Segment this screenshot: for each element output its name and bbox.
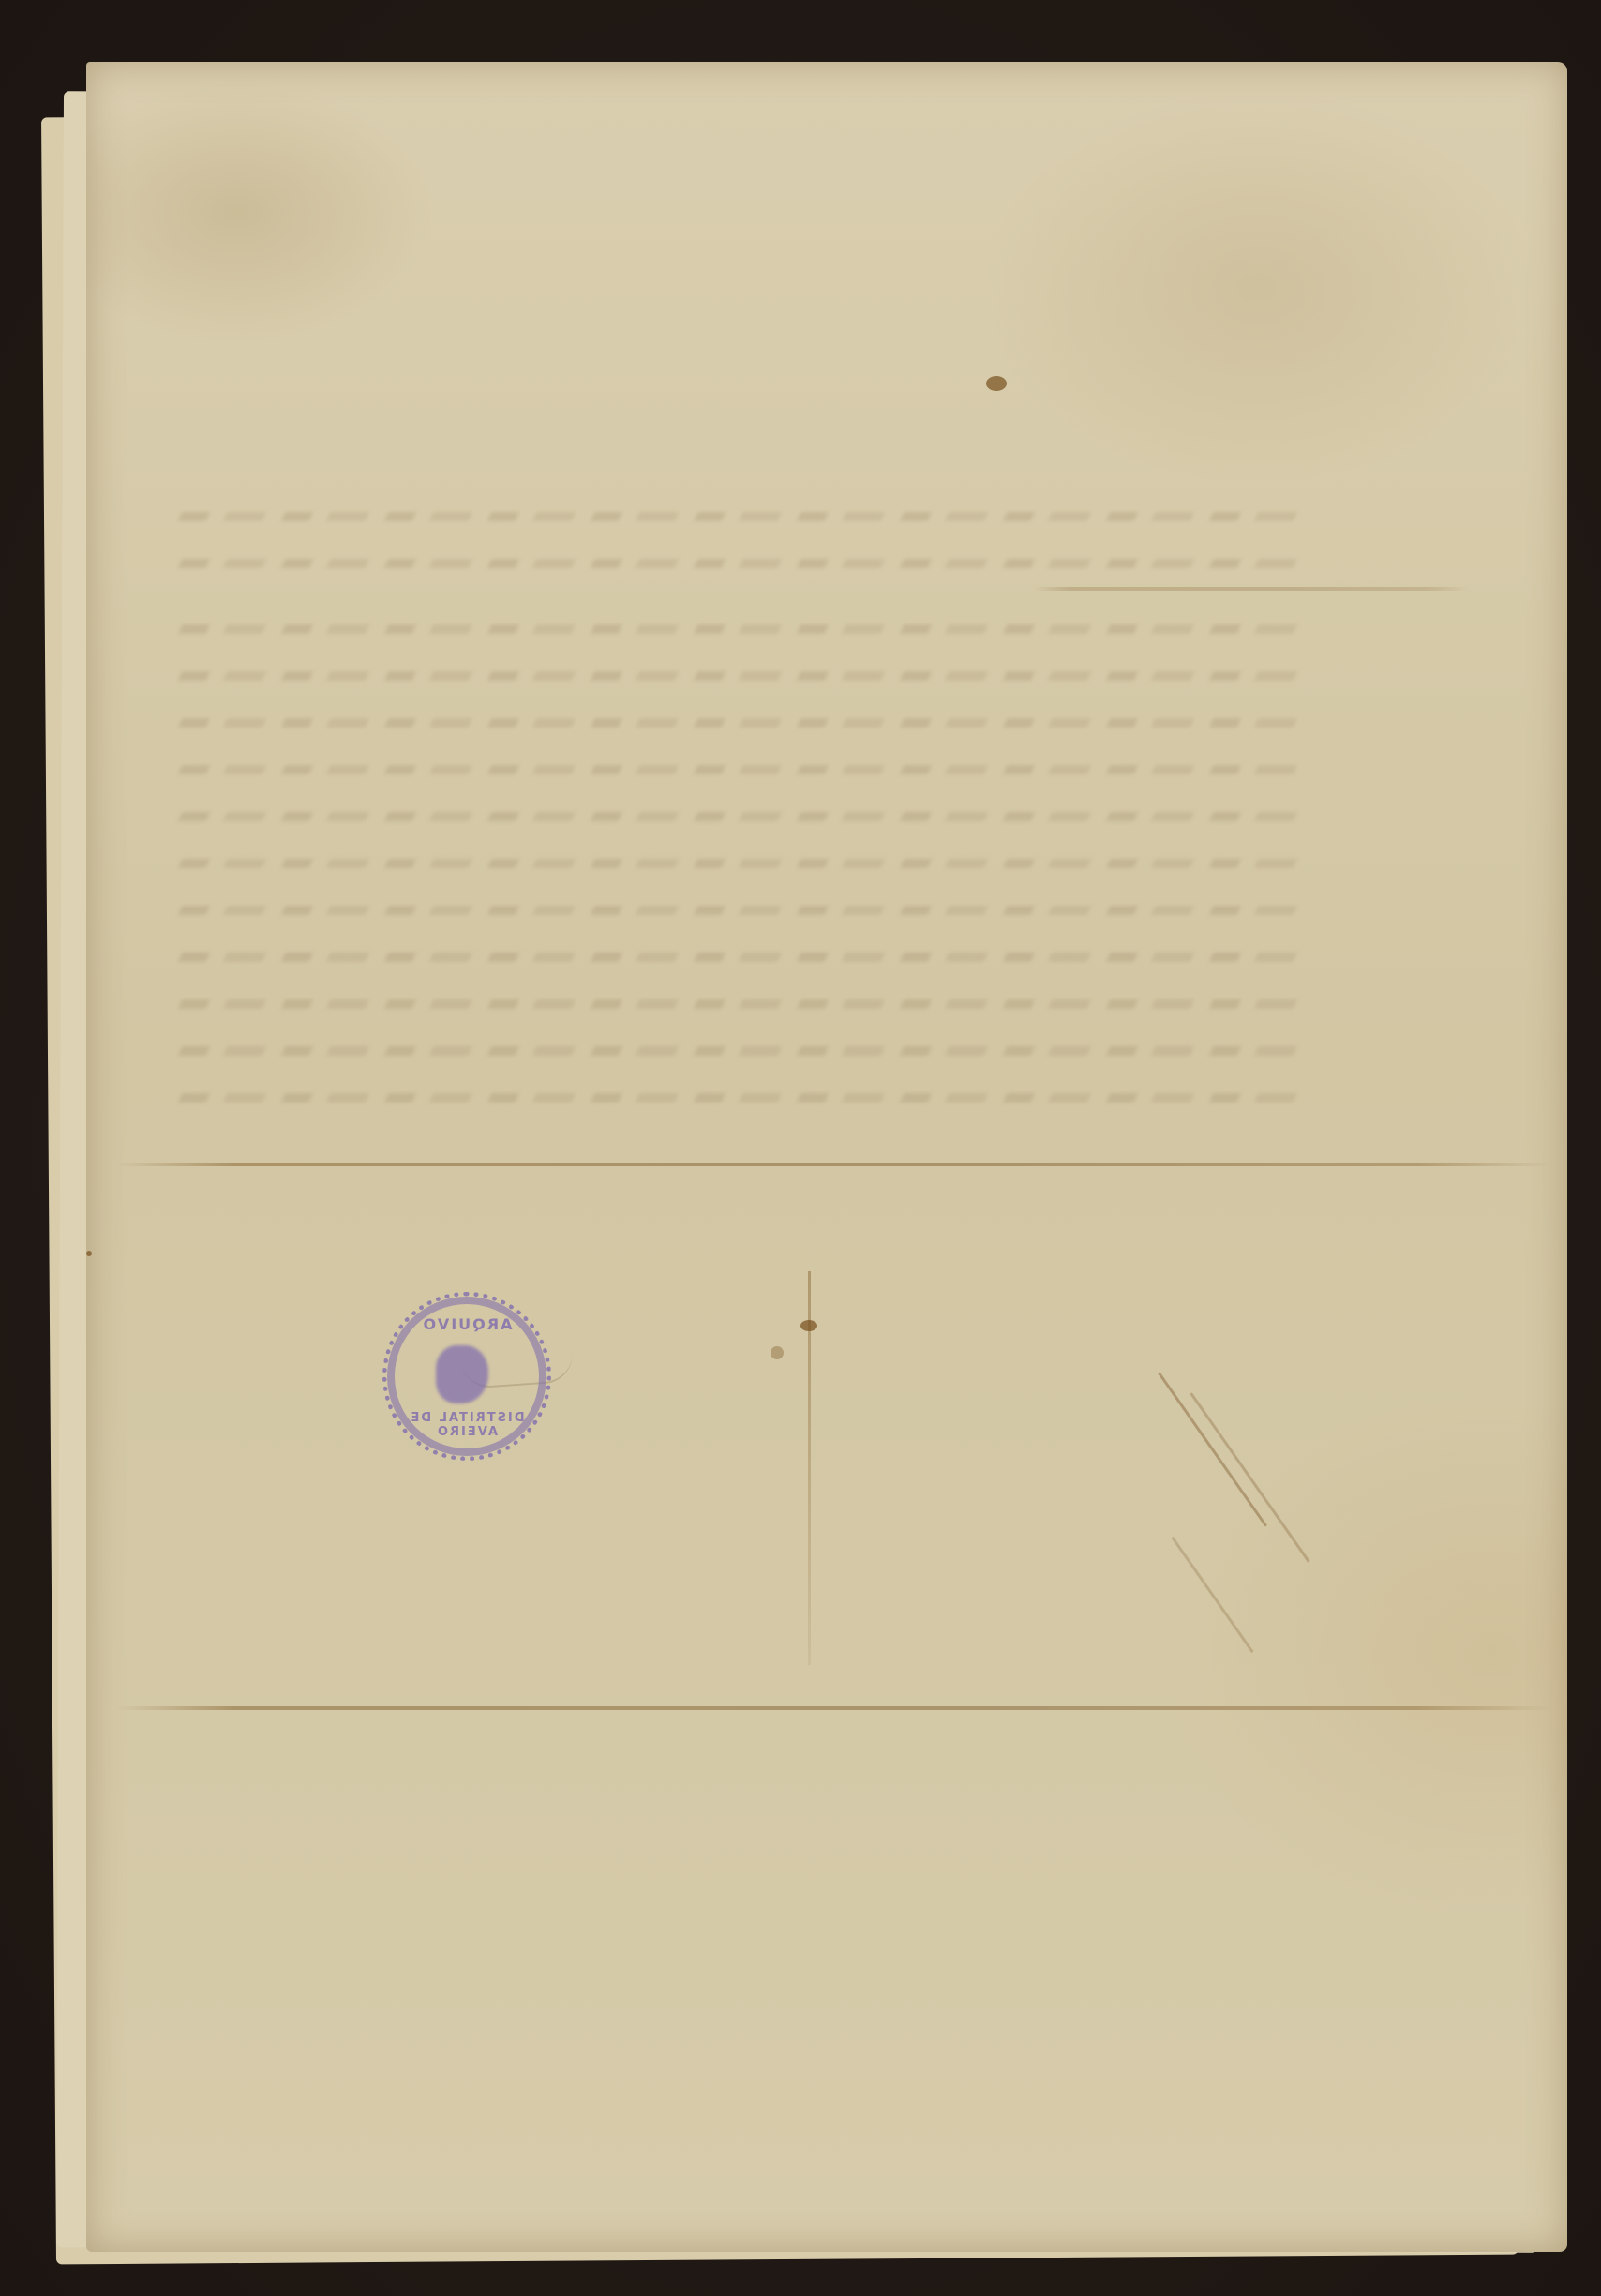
manuscript-page — [86, 62, 1567, 2252]
fold-line — [1024, 587, 1474, 591]
fold-line — [86, 1706, 1567, 1710]
stamp-text-top: ARQUIVO — [387, 1315, 546, 1333]
pen-stroke — [1158, 1372, 1267, 1527]
ink-stain — [986, 376, 1007, 391]
stamp-text-bottom: DISTRITAL DE AVEIRO — [387, 1411, 546, 1439]
pen-stroke — [1190, 1392, 1310, 1563]
photo-background: ARQUIVO DISTRITAL DE AVEIRO Manuscript p… — [0, 0, 1601, 2296]
fold-line — [86, 1163, 1567, 1166]
ink-stain — [800, 1320, 817, 1331]
coat-of-arms-icon — [436, 1345, 488, 1403]
ink-stain — [771, 1346, 784, 1359]
ink-dot — [86, 1251, 92, 1256]
archive-stamp: ARQUIVO DISTRITAL DE AVEIRO — [382, 1292, 551, 1461]
pen-stroke — [1171, 1537, 1253, 1654]
